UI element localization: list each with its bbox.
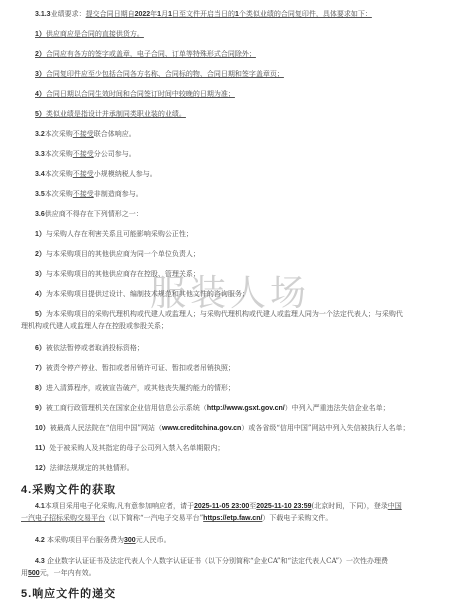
exclusion-5-continued: 理机构或代建人或监理人存在控股或参股关系； [21,322,430,331]
requirement-3: 3）合同复印件应至少包括合同各方名称、合同标的物、合同日期和签字盖章页； [35,70,430,79]
exclusion-4: 4）为本采购项目提供过设计、编制技术规范和其他文件的咨询服务； [35,290,430,299]
platform-name: 一汽电子招标采购交易平台 [21,514,105,522]
clause-4-3-continued: 用500元，一年内有效。 [21,569,430,578]
etp-link[interactable]: https://etp.faw.cn/ [203,515,262,522]
document-page: 3.1.3业绩要求：提交合同日期自2022年1月1日至文件开启当日的1个类似业绩… [0,0,450,600]
exclusion-5: 5）为本采购项目的采购代理机构或代建人或监理人；与采购代理机构或代建人或监理人同… [35,310,430,319]
start-time: 2025-11-05 23:00 [194,503,249,510]
exclusion-9: 9）被工商行政管理机关在国家企业信用信息公示系统（http://www.gsxt… [35,404,430,413]
ca-fee: 500 [28,570,40,577]
clause-3-4: 3.4本次采购不接受小规模纳税人参与。 [35,170,430,179]
creditchina-link[interactable]: www.creditchina.gov.cn [162,425,241,432]
exclusion-11: 11）处于被采购人及其指定的母子公司列入禁入名单期限内； [35,444,430,453]
exclusion-10: 10）被最高人民法院在“信用中国”网站（www.creditchina.gov.… [35,424,430,433]
exclusion-8: 8）进入清算程序，或被宣告破产，或其他丧失履约能力的情形； [35,384,430,393]
section-4-heading: 4.采购文件的获取 [21,481,116,497]
exclusion-12: 12）法律法规规定的其他情形。 [35,464,430,473]
exclusion-3: 3）与本采购项目的其他供应商存在控股、管理关系； [35,270,430,279]
clause-3-2: 3.2本次采购不接受联合体响应。 [35,130,430,139]
clause-4-3: 4.3 企业数字认证证书及法定代表人个人数字认证证书（以下分别简称“企业CA”和… [35,557,430,566]
requirement-4: 4）合同日期以合同生效时间和合同签订时间中较晚的日期为准； [35,90,430,99]
clause-4-1-continued: 一汽电子招标采购交易平台（以下简称“一汽电子交易平台”https://etp.f… [21,514,430,523]
gsxt-link[interactable]: http://www.gsxt.gov.cn/ [207,405,285,412]
clause-4-1: 4.1本项目采用电子化采购,凡有意参加响应者，请于2025-11-05 23:0… [35,502,430,511]
clause-3-6: 3.6供应商不得存在下列情形之一： [35,210,430,219]
exclusion-1: 1）与采购人存在利害关系且可能影响采购公正性； [35,230,430,239]
requirement-1: 1）供应商应是合同的直接供货方。 [35,30,430,39]
clause-3-5: 3.5本次采购不接受非制造商参与。 [35,190,430,199]
service-fee: 300 [124,537,136,544]
exclusion-6: 6）被依法暂停或者取消投标资格； [35,344,430,353]
end-time: 2025-11-10 23:59 [256,503,311,510]
requirement-2: 2）合同应有各方的签字或盖章，电子合同、订单等特殊形式合同除外； [35,50,430,59]
clause-4-2: 4.2 本采购项目平台服务费为300元人民币。 [35,536,430,545]
clause-3-1-3: 3.1.3业绩要求：提交合同日期自2022年1月1日至文件开启当日的1个类似业绩… [35,10,430,19]
clause-3-3: 3.3本次采购不接受分公司参与。 [35,150,430,159]
requirement-5: 5）类似业绩是指设计并承制同类职业装的业绩。 [35,110,430,119]
section-5-heading: 5.响应文件的递交 [21,585,116,600]
exclusion-2: 2）与本采购项目的其他供应商为同一个单位负责人； [35,250,430,259]
exclusion-7: 7）被责令停产停业、暂扣或者吊销许可证、暂扣或者吊销执照； [35,364,430,373]
